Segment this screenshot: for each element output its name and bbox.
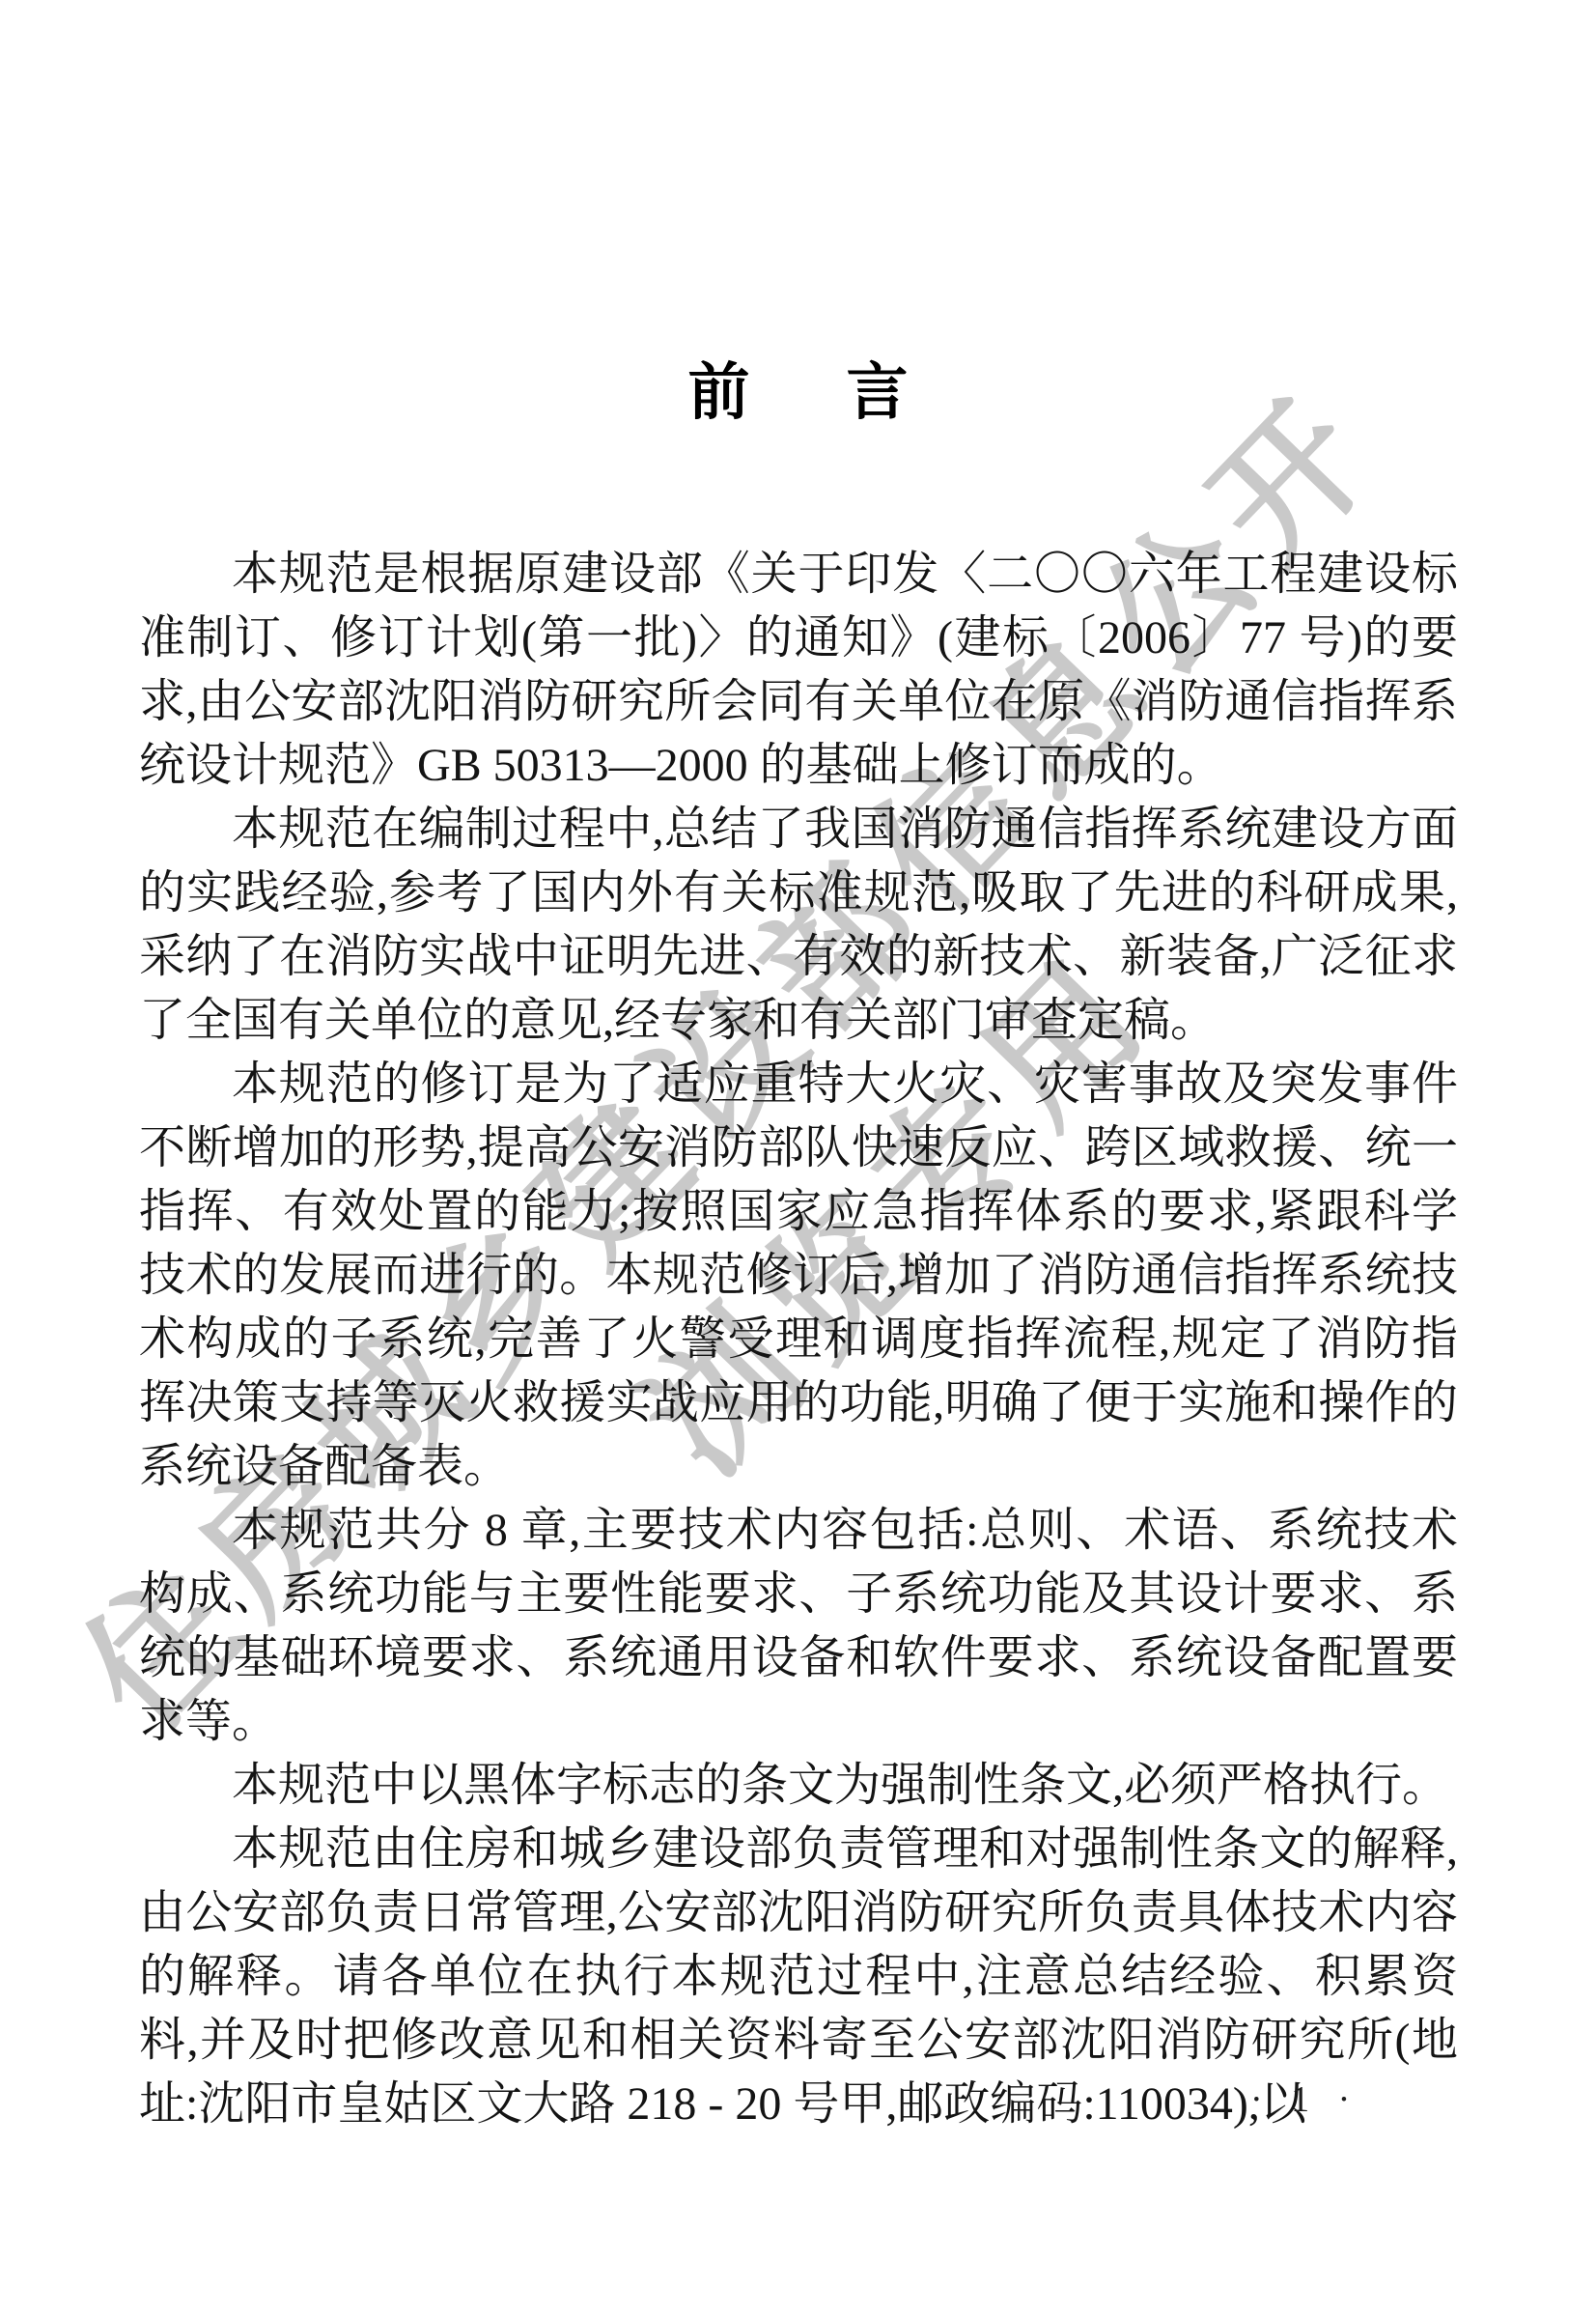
- paragraph-5: 本规范中以黑体字标志的条文为强制性条文,必须严格执行。: [139, 1754, 1458, 1818]
- body-text: 本规范是根据原建设部《关于印发〈二〇〇六年工程建设标准制订、修订计划(第一批)〉…: [139, 543, 1458, 2136]
- page-title: 前 言: [0, 357, 1596, 427]
- title-char-second: 言: [847, 357, 909, 427]
- paragraph-3: 本规范的修订是为了适应重特大火灾、灾害事故及突发事件不断增加的形势,提高公安消防…: [139, 1053, 1458, 1499]
- document-page: 住房城乡建设部信息公开 浏览专用 前 言 本规范是根据原建设部《关于印发〈二〇〇…: [0, 0, 1596, 2315]
- page-number: · 1 ·: [1250, 2078, 1359, 2121]
- paragraph-4: 本规范共分 8 章,主要技术内容包括:总则、术语、系统技术构成、系统功能与主要性…: [139, 1499, 1458, 1754]
- paragraph-2: 本规范在编制过程中,总结了我国消防通信指挥系统建设方面的实践经验,参考了国内外有…: [139, 798, 1458, 1053]
- title-char-first: 前: [688, 357, 750, 427]
- paragraph-1: 本规范是根据原建设部《关于印发〈二〇〇六年工程建设标准制订、修订计划(第一批)〉…: [139, 543, 1458, 798]
